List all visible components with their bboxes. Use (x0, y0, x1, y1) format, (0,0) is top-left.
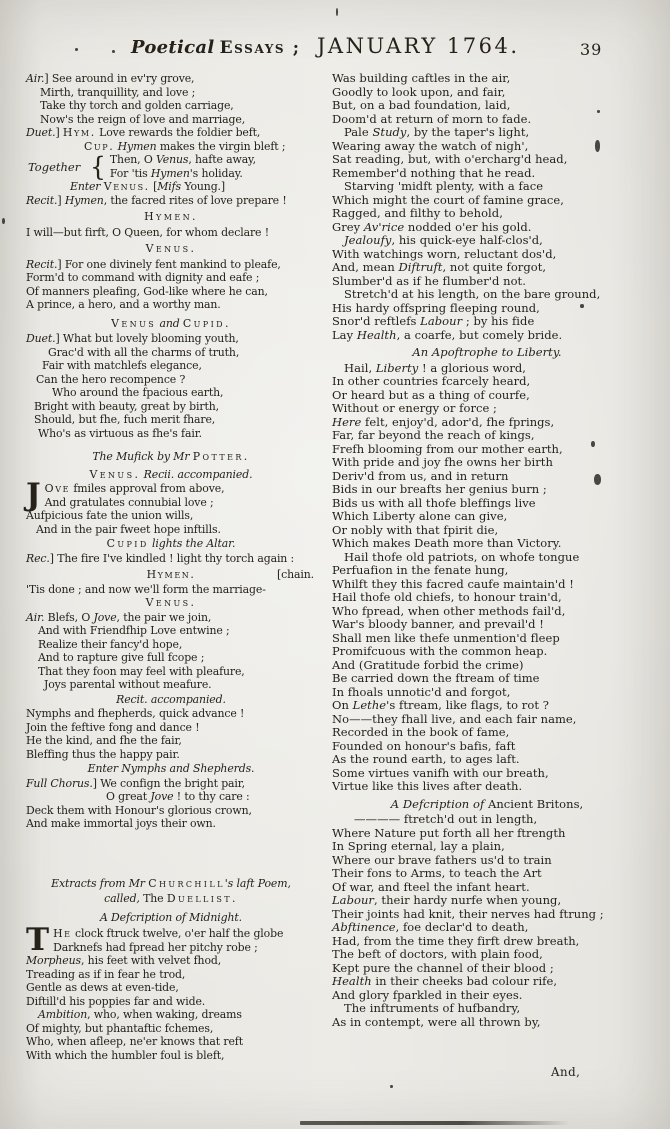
verse-line: On Lethe's ftream, like flags, to rot ? (332, 699, 642, 713)
verse-line: As the round earth, to ages laft. (332, 753, 642, 767)
ink-speck (595, 140, 600, 152)
verse-line: Who around the fpacious earth, (26, 386, 316, 400)
verse-line: Doom'd at return of morn to fade. (332, 113, 642, 127)
together-brace-block: Together{Then, O Venus, hafte away,For '… (26, 153, 316, 180)
verse-line: Pale Study, by the taper's light, (332, 126, 642, 140)
verse-line: Be carried down the ftream of time (332, 672, 642, 686)
verse-line: Stretch'd at his length, on the bare gro… (332, 288, 642, 302)
verse-line: Perfuafion in the fenate hung, (332, 564, 642, 578)
verse-line: With watchings worn, reluctant dos'd, (332, 248, 642, 262)
bottom-scan-edge (300, 1121, 570, 1125)
verse-line: Joys parental without meafure. (26, 678, 316, 692)
verse-line: Full Chorus.] We confign the bright pair… (26, 777, 316, 791)
verse-line: Of mighty, but phantaftic fchemes, (26, 1022, 316, 1036)
journal-title: Poetical Essays ; (131, 37, 301, 58)
verse-line: Abftinence, foe declar'd to death, (332, 921, 642, 935)
verse-line: Grac'd with all the charms of truth, (26, 346, 316, 360)
verse-line: Snor'd reftlefs Labour ; by his fide (332, 315, 642, 329)
verse-line: Starving 'midft plenty, with a face (332, 180, 642, 194)
verse-line: Join the feftive fong and dance ! (26, 721, 316, 735)
heading-line: Recit. accompanied. (26, 693, 316, 707)
verse-line: Air.] See around in ev'ry grove, (26, 72, 316, 86)
verse-line: Whilft they this facred caufe maintain'd… (332, 578, 642, 592)
verse-line: Where Nature put forth all her ftrength (332, 827, 642, 841)
verse-line: Here felt, enjoy'd, ador'd, fhe fprings, (332, 416, 642, 430)
verse-line: And in the pair fweet hope inftills. (26, 523, 316, 537)
verse-line: Who fpread, when other methods fail'd, (332, 605, 642, 619)
verse-line: Morpheus, his feet with velvet fhod, (26, 954, 316, 968)
verse-line: Where our brave fathers us'd to train (332, 854, 642, 868)
heading-line: An Apoftrophe to Liberty. (332, 346, 642, 360)
verse-line: Far, far beyond the reach of kings, (332, 429, 642, 443)
verse-line: War's bloody banner, and prevail'd ! (332, 618, 642, 632)
verse-line: Their joints had knit, their nerves had … (332, 908, 642, 922)
verse-line: Deck them with Honour's glorious crown, (26, 804, 316, 818)
verse-line: Diftill'd his poppies far and wide. (26, 995, 316, 1009)
verse-line: He clock ftruck twelve, o'er half the gl… (26, 927, 316, 941)
heading-line: The Mufick by Mr Potter. (26, 450, 316, 464)
verse-line: 'Tis done ; and now we'll form the marri… (26, 583, 316, 597)
stage-direction-tag: [chain. (277, 568, 314, 582)
ink-speck (591, 441, 595, 447)
verse-line: Duet.] Hym. Love rewards the foldier bef… (26, 126, 316, 140)
verse-line: Cup. Hymen makes the virgin bleft ; (26, 140, 316, 154)
ink-speck (390, 1085, 393, 1088)
verse-line: Or nobly with that fpirit die, (332, 524, 642, 538)
verse-line: Their fons to Arms, to teach the Art (332, 867, 642, 881)
verse-line: He the kind, and fhe the fair, (26, 734, 316, 748)
ink-speck (336, 8, 338, 16)
verse-line: Darknefs had fpread her pitchy robe ; (26, 941, 316, 955)
verse-line: Promifcuous with the common heap. (332, 645, 642, 659)
heading-line: Cupid lights the Altar. (26, 537, 316, 551)
verse-line: Ragged, and filthy to behold, (332, 207, 642, 221)
verse-line: With pride and joy fhe owns her birth (332, 456, 642, 470)
verse-line: Frefh blooming from our mother earth, (332, 443, 642, 457)
page-number: 39 (580, 40, 602, 59)
verse-line: Ove fmiles approval from above, (26, 482, 316, 496)
verse-line: Which makes Death more than Victory. (332, 537, 642, 551)
ink-speck (580, 304, 584, 308)
verse-line: And (Gratitude forbid the crime) (332, 659, 642, 673)
dropcap-block: THe clock ftruck twelve, o'er half the g… (26, 927, 316, 954)
verse-line: Which Liberty alone can give, (332, 510, 642, 524)
heading-line: Enter Nymphs and Shepherds. (26, 762, 316, 776)
heading-line: Extracts from Mr Churchill's laft Poem, (26, 877, 316, 891)
verse-line: Bids in our breafts her genius burn ; (332, 483, 642, 497)
verse-line: His hardy offspring fleeping round, (332, 302, 642, 316)
ink-speck (75, 48, 78, 51)
verse-line: Gentle as dews at even-tide, (26, 981, 316, 995)
verse-line: No——they fhall live, and each fair name, (332, 713, 642, 727)
verse-line: Nymphs and fhepherds, quick advance ! (26, 707, 316, 721)
catchword: And, (551, 1065, 580, 1079)
verse-line: Aufpicious fate the union wills, (26, 509, 316, 523)
poem-column-left: Air.] See around in ev'ry grove,Mirth, t… (26, 72, 316, 1062)
verse-line: Should, but fhe, fuch merit fhare, (26, 413, 316, 427)
heading-line: A Defcription of Ancient Britons, (332, 798, 642, 812)
verse-line: Now's the reign of love and marriage, (26, 113, 316, 127)
heading-line: Venus and Cupid. (26, 317, 316, 331)
heading-line: Venus. (26, 242, 316, 256)
verse-line: Hail thofe old patriots, on whofe tongue (332, 551, 642, 565)
verse-line: Fair with matchlefs elegance, (26, 359, 316, 373)
verse-line: Hail, Liberty ! a glorious word, (332, 362, 642, 376)
verse-line: In other countries fcarcely heard, (332, 375, 642, 389)
dropcap-letter: J (26, 482, 45, 509)
verse-line: Form'd to command with dignity and eafe … (26, 271, 316, 285)
verse-line: Can the hero recompence ? (26, 373, 316, 387)
heading-line: Venus. (26, 596, 316, 610)
verse-line: Health in their cheeks bad colour rife, (332, 975, 642, 989)
verse-line: Bids us with all thofe bleffings live (332, 497, 642, 511)
verse-line: And make immortal joys their own. (26, 817, 316, 831)
verse-line: In fhoals unnotic'd and forgot, (332, 686, 642, 700)
verse-line: Labour, their hardy nurfe when young, (332, 894, 642, 908)
verse-line: The beft of doctors, with plain food, (332, 948, 642, 962)
ink-speck (597, 110, 600, 113)
verse-line: Grey Av'rice nodded o'er his gold. (332, 221, 642, 235)
verse-line: And to rapture give full fcope ; (26, 651, 316, 665)
verse-line: Was building caftles in the air, (332, 72, 642, 86)
dropcap-letter: T (26, 927, 53, 954)
verse-line: Bleffing thus the happy pair. (26, 748, 316, 762)
verse-line: Bright with beauty, great by birth, (26, 400, 316, 414)
verse-line: Then, O Venus, hafte away, (110, 153, 256, 167)
verse-line: Of manners pleafing, God-like where he c… (26, 285, 316, 299)
verse-line: Which might the court of famine grace, (332, 194, 642, 208)
verse-line: And gratulates connubial love ; (26, 496, 316, 510)
brace-glyph: { (90, 153, 106, 180)
verse-line: Goodly to look upon, and fair, (332, 86, 642, 100)
verse-line: But, on a bad foundation, laid, (332, 99, 642, 113)
verse-line: Without or energy or force ; (332, 402, 642, 416)
verse-line: Remember'd nothing that he read. (332, 167, 642, 181)
speaker-name: Hymen. (147, 568, 196, 581)
brace-label: Together (26, 160, 90, 174)
poem-column-right: Was building caftles in the air,Goodly t… (332, 72, 642, 1029)
verse-line: I will—but firft, O Queen, for whom decl… (26, 226, 316, 240)
brace-lines: Then, O Venus, hafte away,For 'tis Hymen… (110, 153, 256, 180)
verse-line: Founded on honour's bafis, faft (332, 740, 642, 754)
ink-speck (112, 50, 115, 53)
verse-line: The inftruments of hufbandry, (332, 1002, 642, 1016)
ink-speck (594, 474, 601, 485)
verse-line: Recit.] For one divinely fent mankind to… (26, 258, 316, 272)
verse-line: Hail thofe old chiefs, to honour train'd… (332, 591, 642, 605)
verse-line: Had, from the time they firft drew breat… (332, 935, 642, 949)
journal-title-caps: Essays ; (220, 38, 301, 58)
verse-line: Some virtues vanifh with our breath, (332, 767, 642, 781)
verse-line: Rec.] The fire I've kindled ! light thy … (26, 552, 316, 566)
verse-line: Who, when afleep, ne'er knows that reft (26, 1035, 316, 1049)
ink-speck (2, 218, 5, 224)
heading-line: Venus. Recii. accompanied. (26, 468, 316, 482)
verse-line: And with Friendfhip Love entwine ; (26, 624, 316, 638)
scanned-page: Poetical Essays ; JANUARY 1764. 39 Air.]… (0, 0, 670, 1129)
verse-line: Sat reading, but, with o'ercharg'd head, (332, 153, 642, 167)
verse-line: Of war, and fteel the infant heart. (332, 881, 642, 895)
verse-line: Enter Venus. [Mifs Young.] (26, 180, 316, 194)
verse-line: Recit.] Hymen, the facred rites of love … (26, 194, 316, 208)
heading-line: called, The Duellist. (26, 892, 316, 906)
text-columns: Air.] See around in ev'ry grove,Mirth, t… (26, 72, 666, 1062)
dropcap-block: JOve fmiles approval from above,And grat… (26, 482, 316, 509)
verse-line: Shall men like thefe unmention'd fleep (332, 632, 642, 646)
verse-line: Recorded in the book of fame, (332, 726, 642, 740)
verse-line: Air. Blefs, O Jove, the pair we join, (26, 611, 316, 625)
verse-line: Duet.] What but lovely blooming youth, (26, 332, 316, 346)
section-gap (26, 831, 316, 877)
verse-line: And, mean Diftruft, not quite forgot, (332, 261, 642, 275)
verse-line: ———— ftretch'd out in length, (332, 813, 642, 827)
verse-line: Realize their fancy'd hope, (26, 638, 316, 652)
journal-title-italic: Poetical (131, 37, 215, 58)
verse-line: With which the humbler foul is bleft, (26, 1049, 316, 1063)
verse-line: In Spring eternal, lay a plain, (332, 840, 642, 854)
verse-line: Treading as if in fear he trod, (26, 968, 316, 982)
verse-line: And glory fparkled in their eyes. (332, 989, 642, 1003)
verse-line: Mirth, tranquillity, and love ; (26, 86, 316, 100)
verse-line: Jealoufy, his quick-eye half-clos'd, (332, 234, 642, 248)
verse-line: O great Jove ! to thy care : (26, 790, 316, 804)
verse-line: That they foon may feel with pleafure, (26, 665, 316, 679)
verse-line: Take thy torch and golden carriage, (26, 99, 316, 113)
verse-line: Kept pure the channel of their blood ; (332, 962, 642, 976)
heading-line: A Defcription of Midnight. (26, 911, 316, 925)
verse-line: A prince, a hero, and a worthy man. (26, 298, 316, 312)
verse-line: As in contempt, were all thrown by, (332, 1016, 642, 1030)
verse-line: Ambition, who, when waking, dreams (26, 1008, 316, 1022)
split-line: Hymen.[chain. (26, 568, 316, 582)
heading-line: Hymen. (26, 210, 316, 224)
verse-line: Lay Health, a coarfe, but comely bride. (332, 329, 642, 343)
verse-line: Virtue like this lives after death. (332, 780, 642, 794)
verse-line: Slumber'd as if he flumber'd not. (332, 275, 642, 289)
verse-line: Who's as virtuous as fhe's fair. (26, 427, 316, 441)
issue-date: JANUARY 1764. (317, 34, 520, 58)
verse-line: For 'tis Hymen's holiday. (110, 167, 256, 181)
verse-line: Or heard but as a thing of courfe, (332, 389, 642, 403)
